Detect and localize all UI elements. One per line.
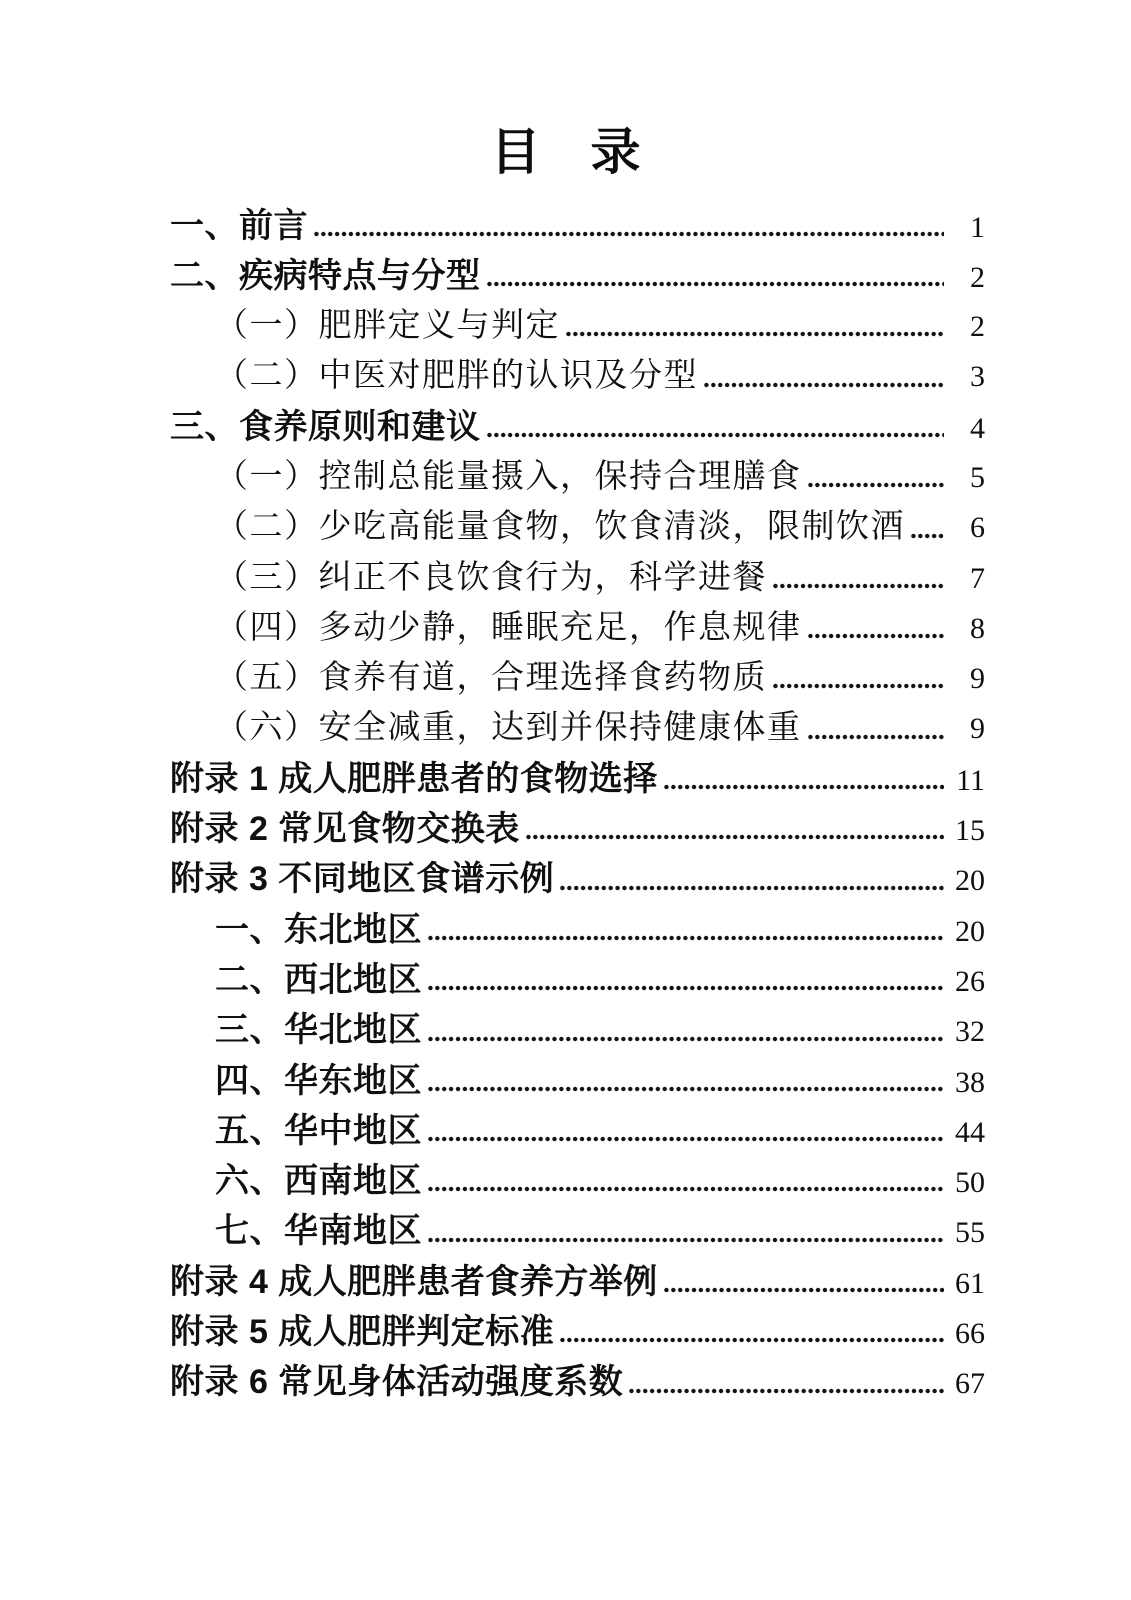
dot-leader [525, 834, 944, 840]
toc-entry-page: 67 [949, 1359, 985, 1409]
toc-entry-label: 二、西北地区 [215, 955, 422, 1005]
dot-leader [772, 683, 944, 689]
toc-entry[interactable]: （一）肥胖定义与判定 2 [170, 301, 985, 351]
toc-entry-label: 附录 6 常见身体活动强度系数 [170, 1357, 623, 1407]
dot-leader [427, 1136, 944, 1142]
toc-entry[interactable]: 附录 3 不同地区食谱示例 20 [170, 854, 985, 904]
toc-entry-label: 三、食养原则和建议 [170, 402, 481, 452]
toc-entry-label: 五、华中地区 [215, 1106, 422, 1156]
toc-entry-label: （三）纠正不良饮食行为，科学进餐 [215, 553, 767, 603]
toc-entry-page: 2 [949, 253, 985, 303]
toc-entry[interactable]: 附录 4 成人肥胖患者食养方举例 61 [170, 1257, 985, 1307]
toc-entry-label: （一）肥胖定义与判定 [215, 301, 560, 351]
dot-leader [486, 281, 945, 287]
toc-entry-label: 附录 4 成人肥胖患者食养方举例 [170, 1257, 658, 1307]
toc-entry-page: 11 [949, 756, 985, 806]
dot-leader [427, 1186, 944, 1192]
toc-entry-page: 7 [949, 554, 985, 604]
toc-entry-page: 61 [949, 1259, 985, 1309]
toc-entry[interactable]: 六、西南地区 50 [170, 1156, 985, 1206]
dot-leader [807, 633, 945, 639]
toc-entry-label: 附录 2 常见食物交换表 [170, 804, 520, 854]
toc-entry[interactable]: 一、前言 1 [170, 201, 985, 251]
toc-entry[interactable]: （二）少吃高能量食物，饮食清淡，限制饮酒 6 [170, 502, 985, 552]
dot-leader [427, 1036, 944, 1042]
toc-entry-label: 附录 5 成人肥胖判定标准 [170, 1307, 554, 1357]
toc-entry-label: （四）多动少静，睡眠充足，作息规律 [215, 603, 802, 653]
dot-leader [559, 885, 944, 891]
dot-leader [807, 482, 945, 488]
toc-entry-page: 55 [949, 1208, 985, 1258]
toc-entry-page: 8 [949, 604, 985, 654]
dot-leader [427, 1237, 944, 1243]
toc-entry-page: 5 [949, 453, 985, 503]
toc-entry-page: 26 [949, 957, 985, 1007]
toc-entry-page: 20 [949, 856, 985, 906]
toc-entry[interactable]: 三、食养原则和建议 4 [170, 402, 985, 452]
toc-entry-label: 一、东北地区 [215, 905, 422, 955]
dot-leader [427, 1086, 944, 1092]
toc-entry-page: 15 [949, 806, 985, 856]
dot-leader [663, 784, 944, 790]
page-title: 目 录 [0, 0, 1131, 201]
dot-leader [313, 231, 944, 237]
toc-entry-page: 50 [949, 1158, 985, 1208]
dot-leader [565, 331, 944, 337]
dot-leader [486, 432, 945, 438]
toc-entry[interactable]: 七、华南地区 55 [170, 1206, 985, 1256]
toc-entry[interactable]: 附录 6 常见身体活动强度系数 67 [170, 1357, 985, 1407]
toc-entry[interactable]: 附录 5 成人肥胖判定标准 66 [170, 1307, 985, 1357]
toc-entry-page: 20 [949, 907, 985, 957]
toc-entry[interactable]: 附录 1 成人肥胖患者的食物选择 11 [170, 754, 985, 804]
toc-entry-label: 三、华北地区 [215, 1005, 422, 1055]
toc-entry[interactable]: 一、东北地区 20 [170, 905, 985, 955]
toc-entry-label: （二）少吃高能量食物，饮食清淡，限制饮酒 [215, 502, 905, 552]
dot-leader [910, 533, 944, 539]
toc-entry[interactable]: （三）纠正不良饮食行为，科学进餐 7 [170, 553, 985, 603]
toc-entry[interactable]: 三、华北地区 32 [170, 1005, 985, 1055]
toc-entry-page: 32 [949, 1007, 985, 1057]
toc-entry-label: （五）食养有道，合理选择食药物质 [215, 653, 767, 703]
toc-entry[interactable]: 附录 2 常见食物交换表 15 [170, 804, 985, 854]
dot-leader [559, 1337, 944, 1343]
toc-entry-label: 六、西南地区 [215, 1156, 422, 1206]
dot-leader [807, 734, 945, 740]
toc-entry-label: （二）中医对肥胖的认识及分型 [215, 351, 698, 401]
toc-entry-label: （六）安全减重，达到并保持健康体重 [215, 703, 802, 753]
toc-entry-page: 1 [949, 203, 985, 253]
toc-entry-page: 9 [949, 704, 985, 754]
toc-entry-label: 附录 3 不同地区食谱示例 [170, 854, 554, 904]
toc-entry[interactable]: （一）控制总能量摄入，保持合理膳食 5 [170, 452, 985, 502]
toc-entry-label: 一、前言 [170, 201, 308, 251]
toc-entry-label: 四、华东地区 [215, 1056, 422, 1106]
dot-leader [427, 985, 944, 991]
toc-entry[interactable]: 二、疾病特点与分型 2 [170, 251, 985, 301]
toc-entry-label: 附录 1 成人肥胖患者的食物选择 [170, 754, 658, 804]
dot-leader [663, 1287, 944, 1293]
dot-leader [628, 1388, 944, 1394]
dot-leader [427, 935, 944, 941]
toc-entry-label: 二、疾病特点与分型 [170, 251, 481, 301]
toc-entry-page: 9 [949, 654, 985, 704]
dot-leader [703, 382, 944, 388]
toc-entry-page: 66 [949, 1309, 985, 1359]
toc-entry-page: 4 [949, 404, 985, 454]
toc-entry[interactable]: （二）中医对肥胖的认识及分型 3 [170, 351, 985, 401]
toc-entry-page: 2 [949, 302, 985, 352]
toc-entry-page: 3 [949, 352, 985, 402]
dot-leader [772, 583, 944, 589]
document-page: 目 录 一、前言 1 二、疾病特点与分型 2 （一）肥胖定义与判定 2 （二）中… [0, 0, 1131, 1600]
toc-entry[interactable]: 二、西北地区 26 [170, 955, 985, 1005]
toc-entry[interactable]: （五）食养有道，合理选择食药物质 9 [170, 653, 985, 703]
toc-entry[interactable]: （四）多动少静，睡眠充足，作息规律 8 [170, 603, 985, 653]
toc-entry[interactable]: （六）安全减重，达到并保持健康体重 9 [170, 703, 985, 753]
toc-entry-page: 6 [949, 503, 985, 553]
toc-entry[interactable]: 四、华东地区 38 [170, 1056, 985, 1106]
toc-entry-page: 44 [949, 1108, 985, 1158]
toc-entry-label: （一）控制总能量摄入，保持合理膳食 [215, 452, 802, 502]
toc-entry-page: 38 [949, 1058, 985, 1108]
toc-entry-label: 七、华南地区 [215, 1206, 422, 1256]
table-of-contents: 一、前言 1 二、疾病特点与分型 2 （一）肥胖定义与判定 2 （二）中医对肥胖… [170, 201, 985, 1408]
toc-entry[interactable]: 五、华中地区 44 [170, 1106, 985, 1156]
